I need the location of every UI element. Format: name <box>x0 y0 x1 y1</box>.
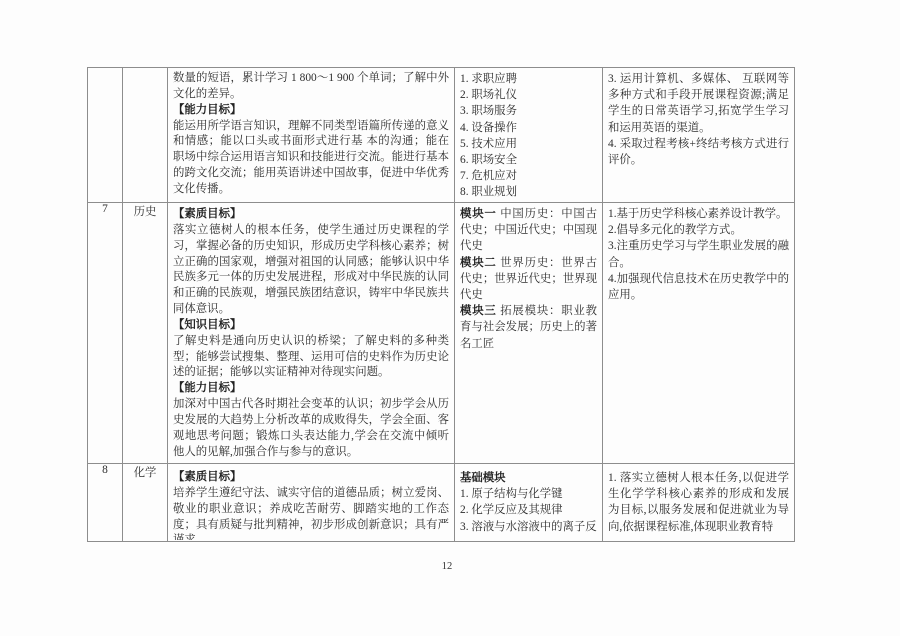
text-paragraph: 1.基于历史学科核心素养设计教学。 <box>608 206 789 222</box>
curriculum-table: 数量的短语，累计学习 1 800～1 900 个单词；了解中外文化的差异。【能力… <box>87 67 795 542</box>
text-paragraph: 1. 原子结构与化学键 <box>460 486 597 502</box>
cell-subject <box>123 68 168 203</box>
text-paragraph: 【知识目标】 <box>173 318 449 334</box>
text-paragraph: 基础模块 <box>460 470 597 486</box>
text-paragraph: 模块一 中国历史：中国古代史；中国近代史；中国现代史 <box>460 206 597 255</box>
text-paragraph: 能运用所学语言知识，理解不同类型语篇所传递的意义和情感；能以口头或书面形式进行基… <box>173 119 449 198</box>
page-number: 12 <box>0 561 894 572</box>
text-paragraph: 2. 职场礼仪 <box>460 87 597 103</box>
cell-row-number: 7 <box>88 203 123 464</box>
text-paragraph: 7. 危机应对 <box>460 168 597 184</box>
table-row-chemistry: 8 化学 【素质目标】培养学生遵纪守法、诚实守信的道德品质；树立爱岗、敬业的职业… <box>88 464 795 542</box>
cell-row-number <box>88 68 123 203</box>
text-paragraph: 了解史料是通向历史认识的桥梁；了解史料的多种类型；能够尝试搜集、整理、运用可信的… <box>173 334 449 382</box>
text-paragraph: 5. 技术应用 <box>460 136 597 152</box>
cell-subject: 历史 <box>123 203 168 464</box>
cell-teaching-methods: 1.基于历史学科核心素养设计教学。2.倡导多元化的教学方式。3.注重历史学习与学… <box>603 203 795 464</box>
text-paragraph: 【能力目标】 <box>173 381 449 397</box>
text-paragraph: 数量的短语，累计学习 1 800～1 900 个单词；了解中外文化的差异。 <box>173 71 449 103</box>
cell-objectives: 数量的短语，累计学习 1 800～1 900 个单词；了解中外文化的差异。【能力… <box>168 68 455 203</box>
text-paragraph: 3. 职场服务 <box>460 103 597 119</box>
text-paragraph: 模块二 世界历史：世界古代史；世界近代史；世界现代史 <box>460 255 597 304</box>
text-paragraph: 6. 职场安全 <box>460 152 597 168</box>
text-paragraph: 4. 设备操作 <box>460 120 597 136</box>
text-paragraph: 落实立德树人的根本任务，使学生通过历史课程的学习，掌握必备的历史知识，形成历史学… <box>173 223 449 318</box>
text-paragraph: 4.加强现代信息技术在历史教学中的应用。 <box>608 271 789 303</box>
text-paragraph: 3. 运用计算机、多媒体、 互联网等多种方式和手段开展课程资源;满足学生的日常英… <box>608 71 789 136</box>
text-paragraph: 2. 化学反应及其规律 <box>460 502 597 518</box>
text-paragraph: 2.倡导多元化的教学方式。 <box>608 222 789 238</box>
cell-objectives: 【素质目标】培养学生遵纪守法、诚实守信的道德品质；树立爱岗、敬业的职业意识；养成… <box>168 464 455 542</box>
cell-row-number: 8 <box>88 464 123 542</box>
cell-modules: 模块一 中国历史：中国古代史；中国近代史；中国现代史模块二 世界历史：世界古代史… <box>455 203 603 464</box>
cell-objectives: 【素质目标】落实立德树人的根本任务，使学生通过历史课程的学习，掌握必备的历史知识… <box>168 203 455 464</box>
cell-teaching-methods: 3. 运用计算机、多媒体、 互联网等多种方式和手段开展课程资源;满足学生的日常英… <box>603 68 795 203</box>
text-paragraph: 【素质目标】 <box>173 470 449 486</box>
text-paragraph: 加深对中国古代各时期社会变革的认识；初步学会从历史发展的大趋势上分析改革的成败得… <box>173 397 449 460</box>
table-row-english-continued: 数量的短语，累计学习 1 800～1 900 个单词；了解中外文化的差异。【能力… <box>88 68 795 203</box>
text-paragraph: 3. 溶液与水溶液中的离子反 <box>460 519 597 535</box>
text-paragraph: 1. 落实立德树人根本任务,以促进学生化学学科核心素养的形成和发展为目标,以服务… <box>608 470 789 535</box>
text-paragraph: 4. 采取过程考核+终结考核方式进行评价。 <box>608 136 789 168</box>
cell-teaching-methods: 1. 落实立德树人根本任务,以促进学生化学学科核心素养的形成和发展为目标,以服务… <box>603 464 795 542</box>
text-paragraph: 模块三 拓展模块：职业教育与社会发展；历史上的著名工匠 <box>460 303 597 352</box>
table-row-history: 7 历史 【素质目标】落实立德树人的根本任务，使学生通过历史课程的学习，掌握必备… <box>88 203 795 464</box>
cell-subject: 化学 <box>123 464 168 542</box>
document-page: 数量的短语，累计学习 1 800～1 900 个单词；了解中外文化的差异。【能力… <box>0 0 900 636</box>
text-paragraph: 1. 求职应聘 <box>460 71 597 87</box>
text-paragraph: 3.注重历史学习与学生职业发展的融合。 <box>608 238 789 270</box>
text-paragraph: 培养学生遵纪守法、诚实守信的道德品质；树立爱岗、敬业的职业意识；养成吃苦耐劳、脚… <box>173 486 449 540</box>
text-paragraph: 【能力目标】 <box>173 103 449 119</box>
cell-modules: 基础模块1. 原子结构与化学键2. 化学反应及其规律3. 溶液与水溶液中的离子反 <box>455 464 603 542</box>
text-paragraph: 【素质目标】 <box>173 207 449 223</box>
cell-modules: 1. 求职应聘2. 职场礼仪3. 职场服务4. 设备操作5. 技术应用6. 职场… <box>455 68 603 203</box>
text-paragraph: 8. 职业规划 <box>460 184 597 200</box>
